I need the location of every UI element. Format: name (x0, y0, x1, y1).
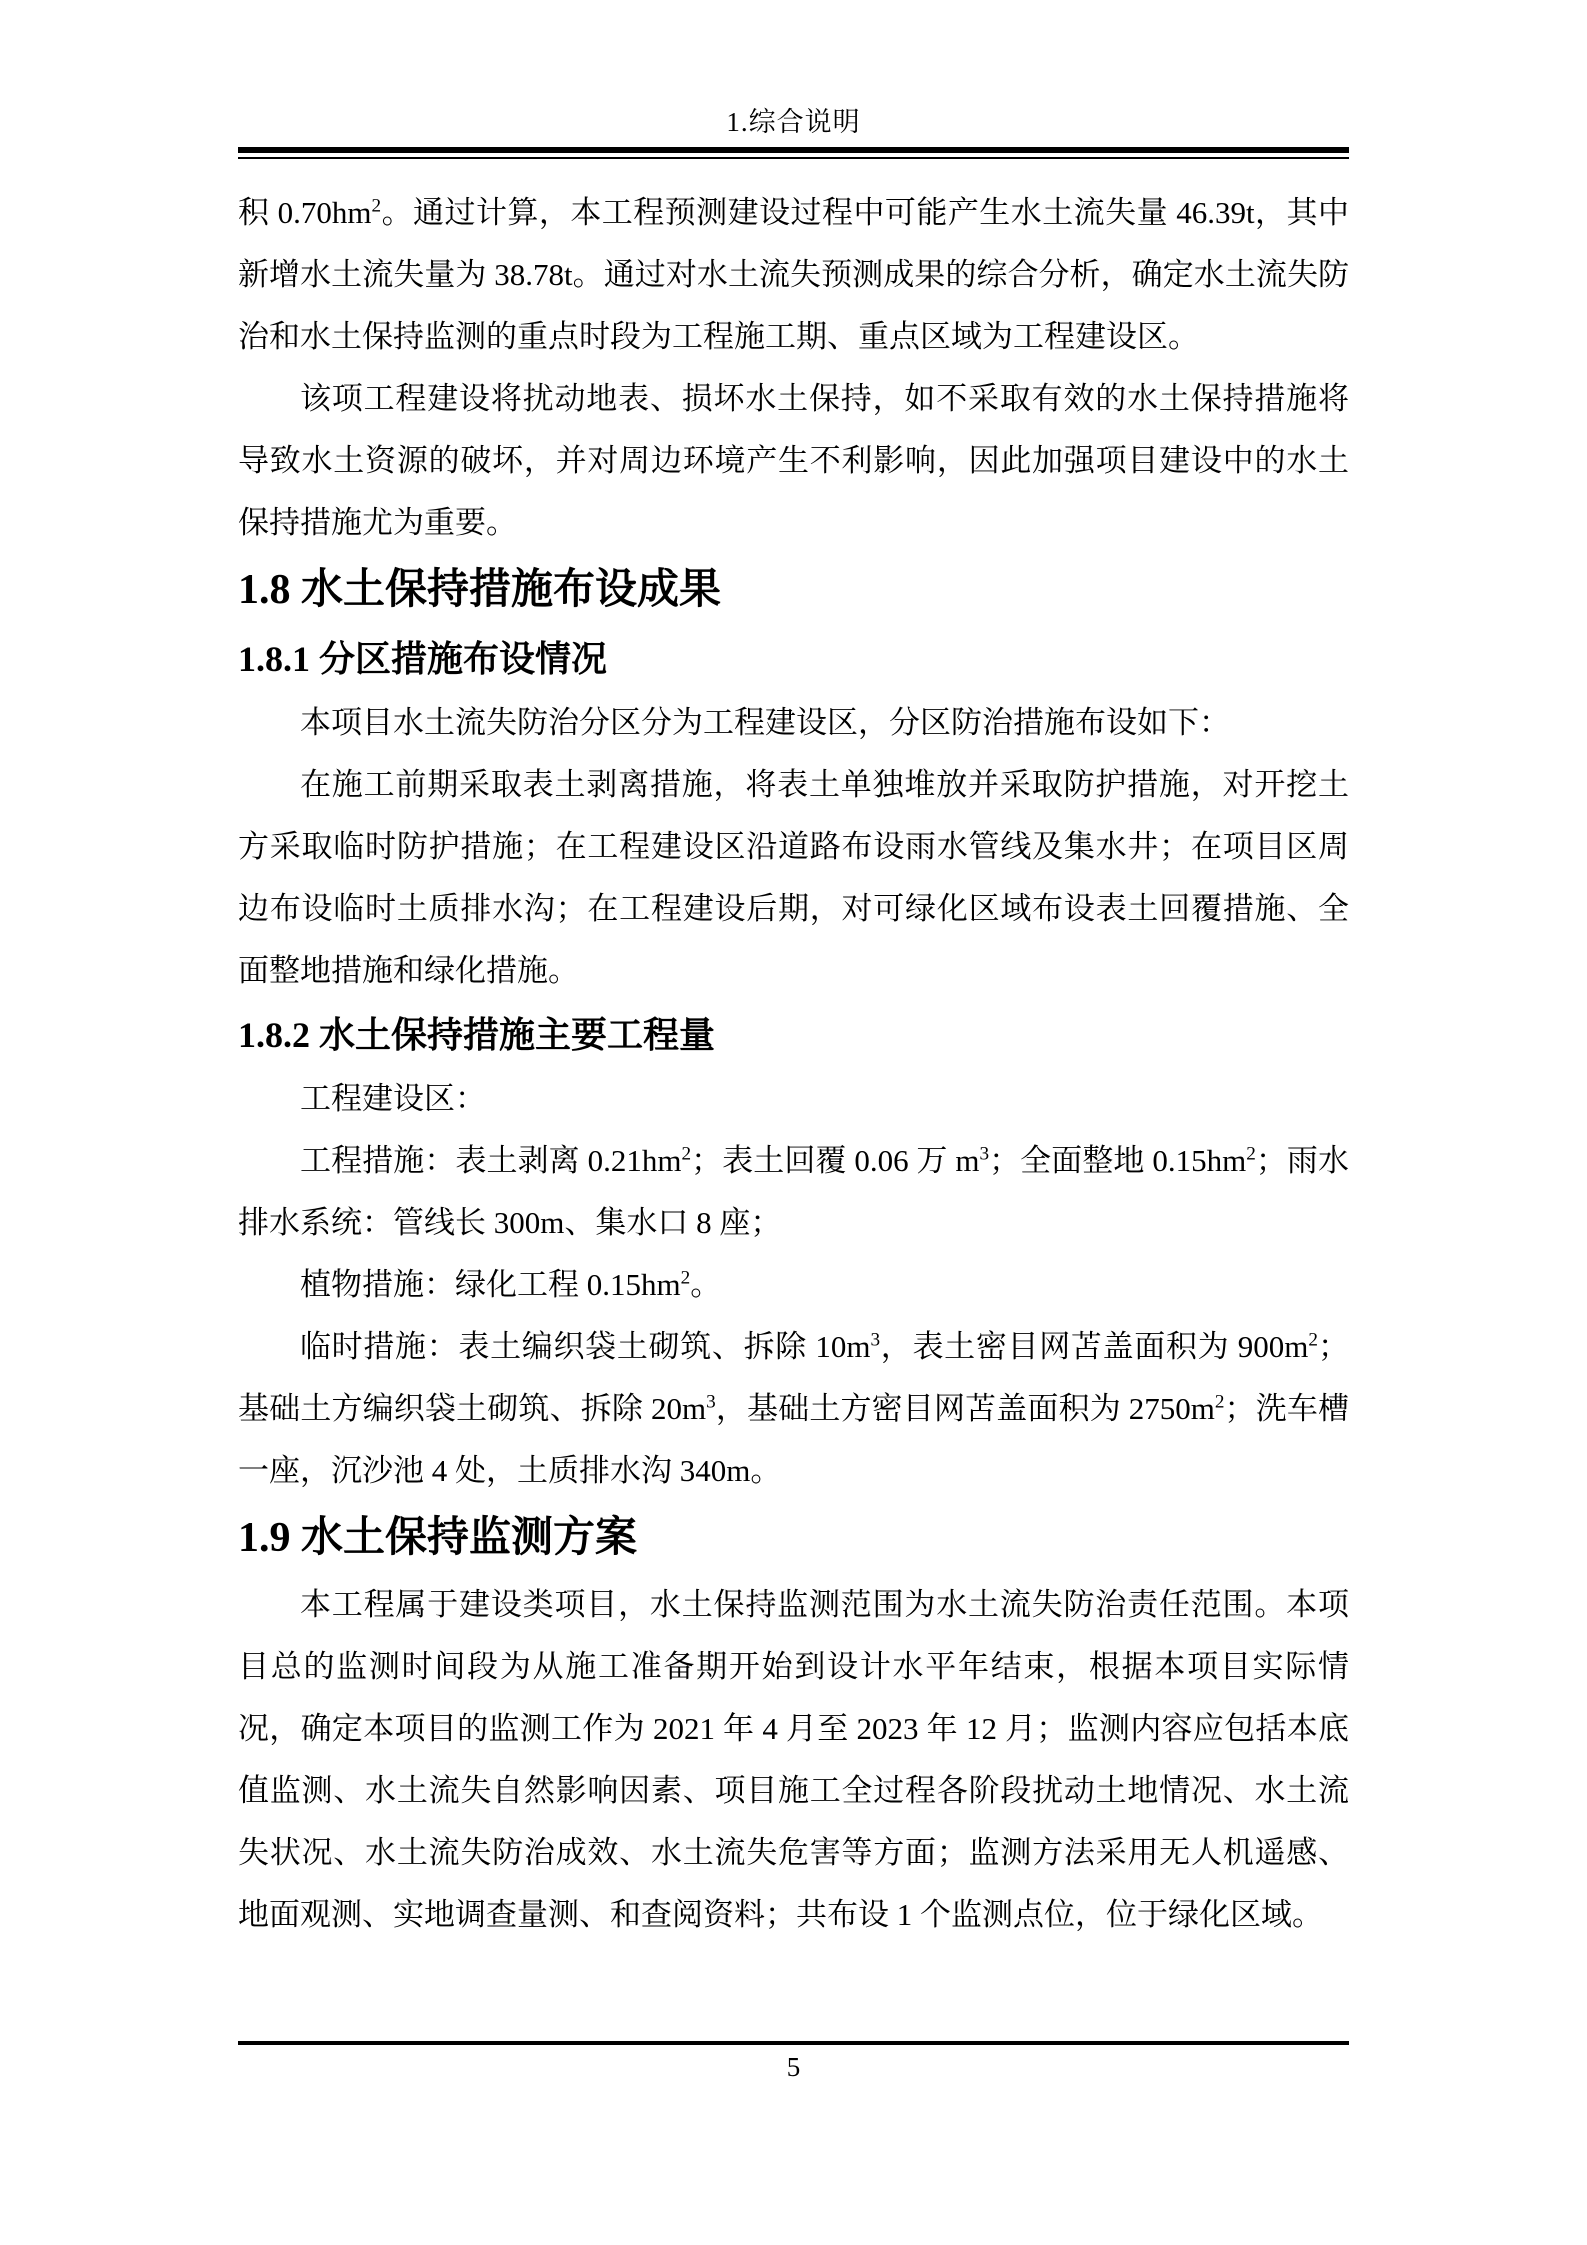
paragraph: 积 0.70hm2。通过计算，本工程预测建设过程中可能产生水土流失量 46.39… (238, 182, 1349, 368)
section-heading: 1.8 水土保持措施布设成果 (238, 554, 1349, 626)
subsection-heading: 1.8.2 水土保持措施主要工程量 (238, 1002, 1349, 1068)
paragraph: 临时措施：表土编织袋土砌筑、拆除 10m3，表土密目网苫盖面积为 900m2；基… (238, 1316, 1349, 1502)
paragraph: 工程措施：表土剥离 0.21hm2；表土回覆 0.06 万 m3；全面整地 0.… (238, 1130, 1349, 1254)
superscript: 2 (1246, 1144, 1256, 1165)
superscript: 2 (1308, 1330, 1318, 1351)
paragraph: 工程建设区： (238, 1068, 1349, 1130)
paragraph: 在施工前期采取表土剥离措施，将表土单独堆放并采取防护措施，对开挖土方采取临时防护… (238, 754, 1349, 1002)
page-header-title: 1.综合说明 (0, 102, 1587, 142)
header-rule-thin (238, 157, 1349, 159)
subsection-heading: 1.8.1 分区措施布设情况 (238, 626, 1349, 692)
footer-rule (238, 2041, 1349, 2045)
paragraph: 本项目水土流失防治分区分为工程建设区，分区防治措施布设如下： (238, 692, 1349, 754)
section-heading: 1.9 水土保持监测方案 (238, 1502, 1349, 1574)
paragraph: 该项工程建设将扰动地表、损坏水土保持，如不采取有效的水土保持措施将导致水土资源的… (238, 368, 1349, 554)
header-rule-thick (238, 147, 1349, 153)
superscript: 3 (979, 1144, 989, 1165)
superscript: 3 (871, 1330, 881, 1351)
superscript: 2 (372, 196, 382, 217)
superscript: 2 (681, 1268, 691, 1289)
document-page: 1.综合说明 积 0.70hm2。通过计算，本工程预测建设过程中可能产生水土流失… (0, 0, 1587, 2245)
page-number: 5 (0, 2047, 1587, 2087)
superscript: 2 (1215, 1392, 1225, 1413)
paragraph: 植物措施：绿化工程 0.15hm2。 (238, 1254, 1349, 1316)
paragraph: 本工程属于建设类项目，水土保持监测范围为水土流失防治责任范围。本项目总的监测时间… (238, 1574, 1349, 1946)
superscript: 3 (706, 1392, 716, 1413)
superscript: 2 (681, 1144, 691, 1165)
document-body: 积 0.70hm2。通过计算，本工程预测建设过程中可能产生水土流失量 46.39… (238, 182, 1349, 1946)
